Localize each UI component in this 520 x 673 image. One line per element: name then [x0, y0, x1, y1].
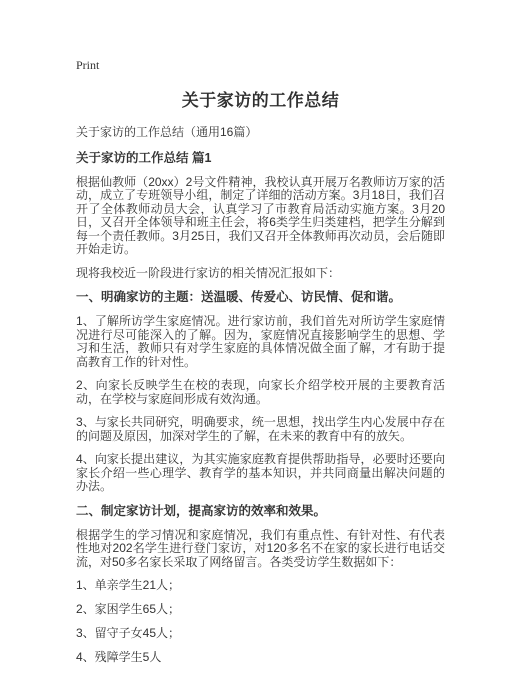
page-title: 关于家访的工作总结	[76, 86, 445, 111]
doc-subtitle: 关于家访的工作总结（通用16篇）	[76, 126, 445, 140]
paragraph: 2、向家长反映学生在校的表现，向家长介绍学校开展的主要教育活动，在学校与家庭间形…	[76, 379, 445, 406]
print-link[interactable]: Print	[76, 58, 99, 73]
list-item: 1、单亲学生21人；	[76, 579, 445, 593]
doc-part-title: 关于家访的工作总结 篇1	[76, 151, 445, 165]
paragraph: 根据仙教师（20xx）2号文件精神，我校认真开展万名教师访万家的活动，成立了专班…	[76, 176, 445, 257]
list-item: 4、残障学生5人	[76, 651, 445, 665]
document-page: Print 关于家访的工作总结 关于家访的工作总结（通用16篇） 关于家访的工作…	[0, 0, 520, 673]
document-body: 根据仙教师（20xx）2号文件精神，我校认真开展万名教师访万家的活动，成立了专班…	[76, 176, 445, 665]
section-heading: 一、明确家访的主题：送温暖、传爱心、访民情、促和谐。	[76, 290, 445, 304]
paragraph: 4、向家长提出建议，为其实施家庭教育提供帮助指导，必要时还要向家长介绍一些心理学…	[76, 453, 445, 494]
list-item: 2、家困学生65人；	[76, 603, 445, 617]
paragraph: 3、与家长共同研究，明确要求，统一思想，找出学生内心发展中存在的问题及原因，加深…	[76, 416, 445, 443]
section-heading: 二、制定家访计划，提高家访的效率和效果。	[76, 504, 445, 518]
paragraph: 根据学生的学习情况和家庭情况，我们有重点性、有针对性、有代表性地对202名学生进…	[76, 529, 445, 570]
paragraph: 1、了解所访学生家庭情况。进行家访前，我们首先对所访学生家庭情况进行尽可能深入的…	[76, 315, 445, 369]
paragraph: 现将我校近一阶段进行家访的相关情况汇报如下：	[76, 267, 445, 281]
list-item: 3、留守子女45人；	[76, 627, 445, 641]
